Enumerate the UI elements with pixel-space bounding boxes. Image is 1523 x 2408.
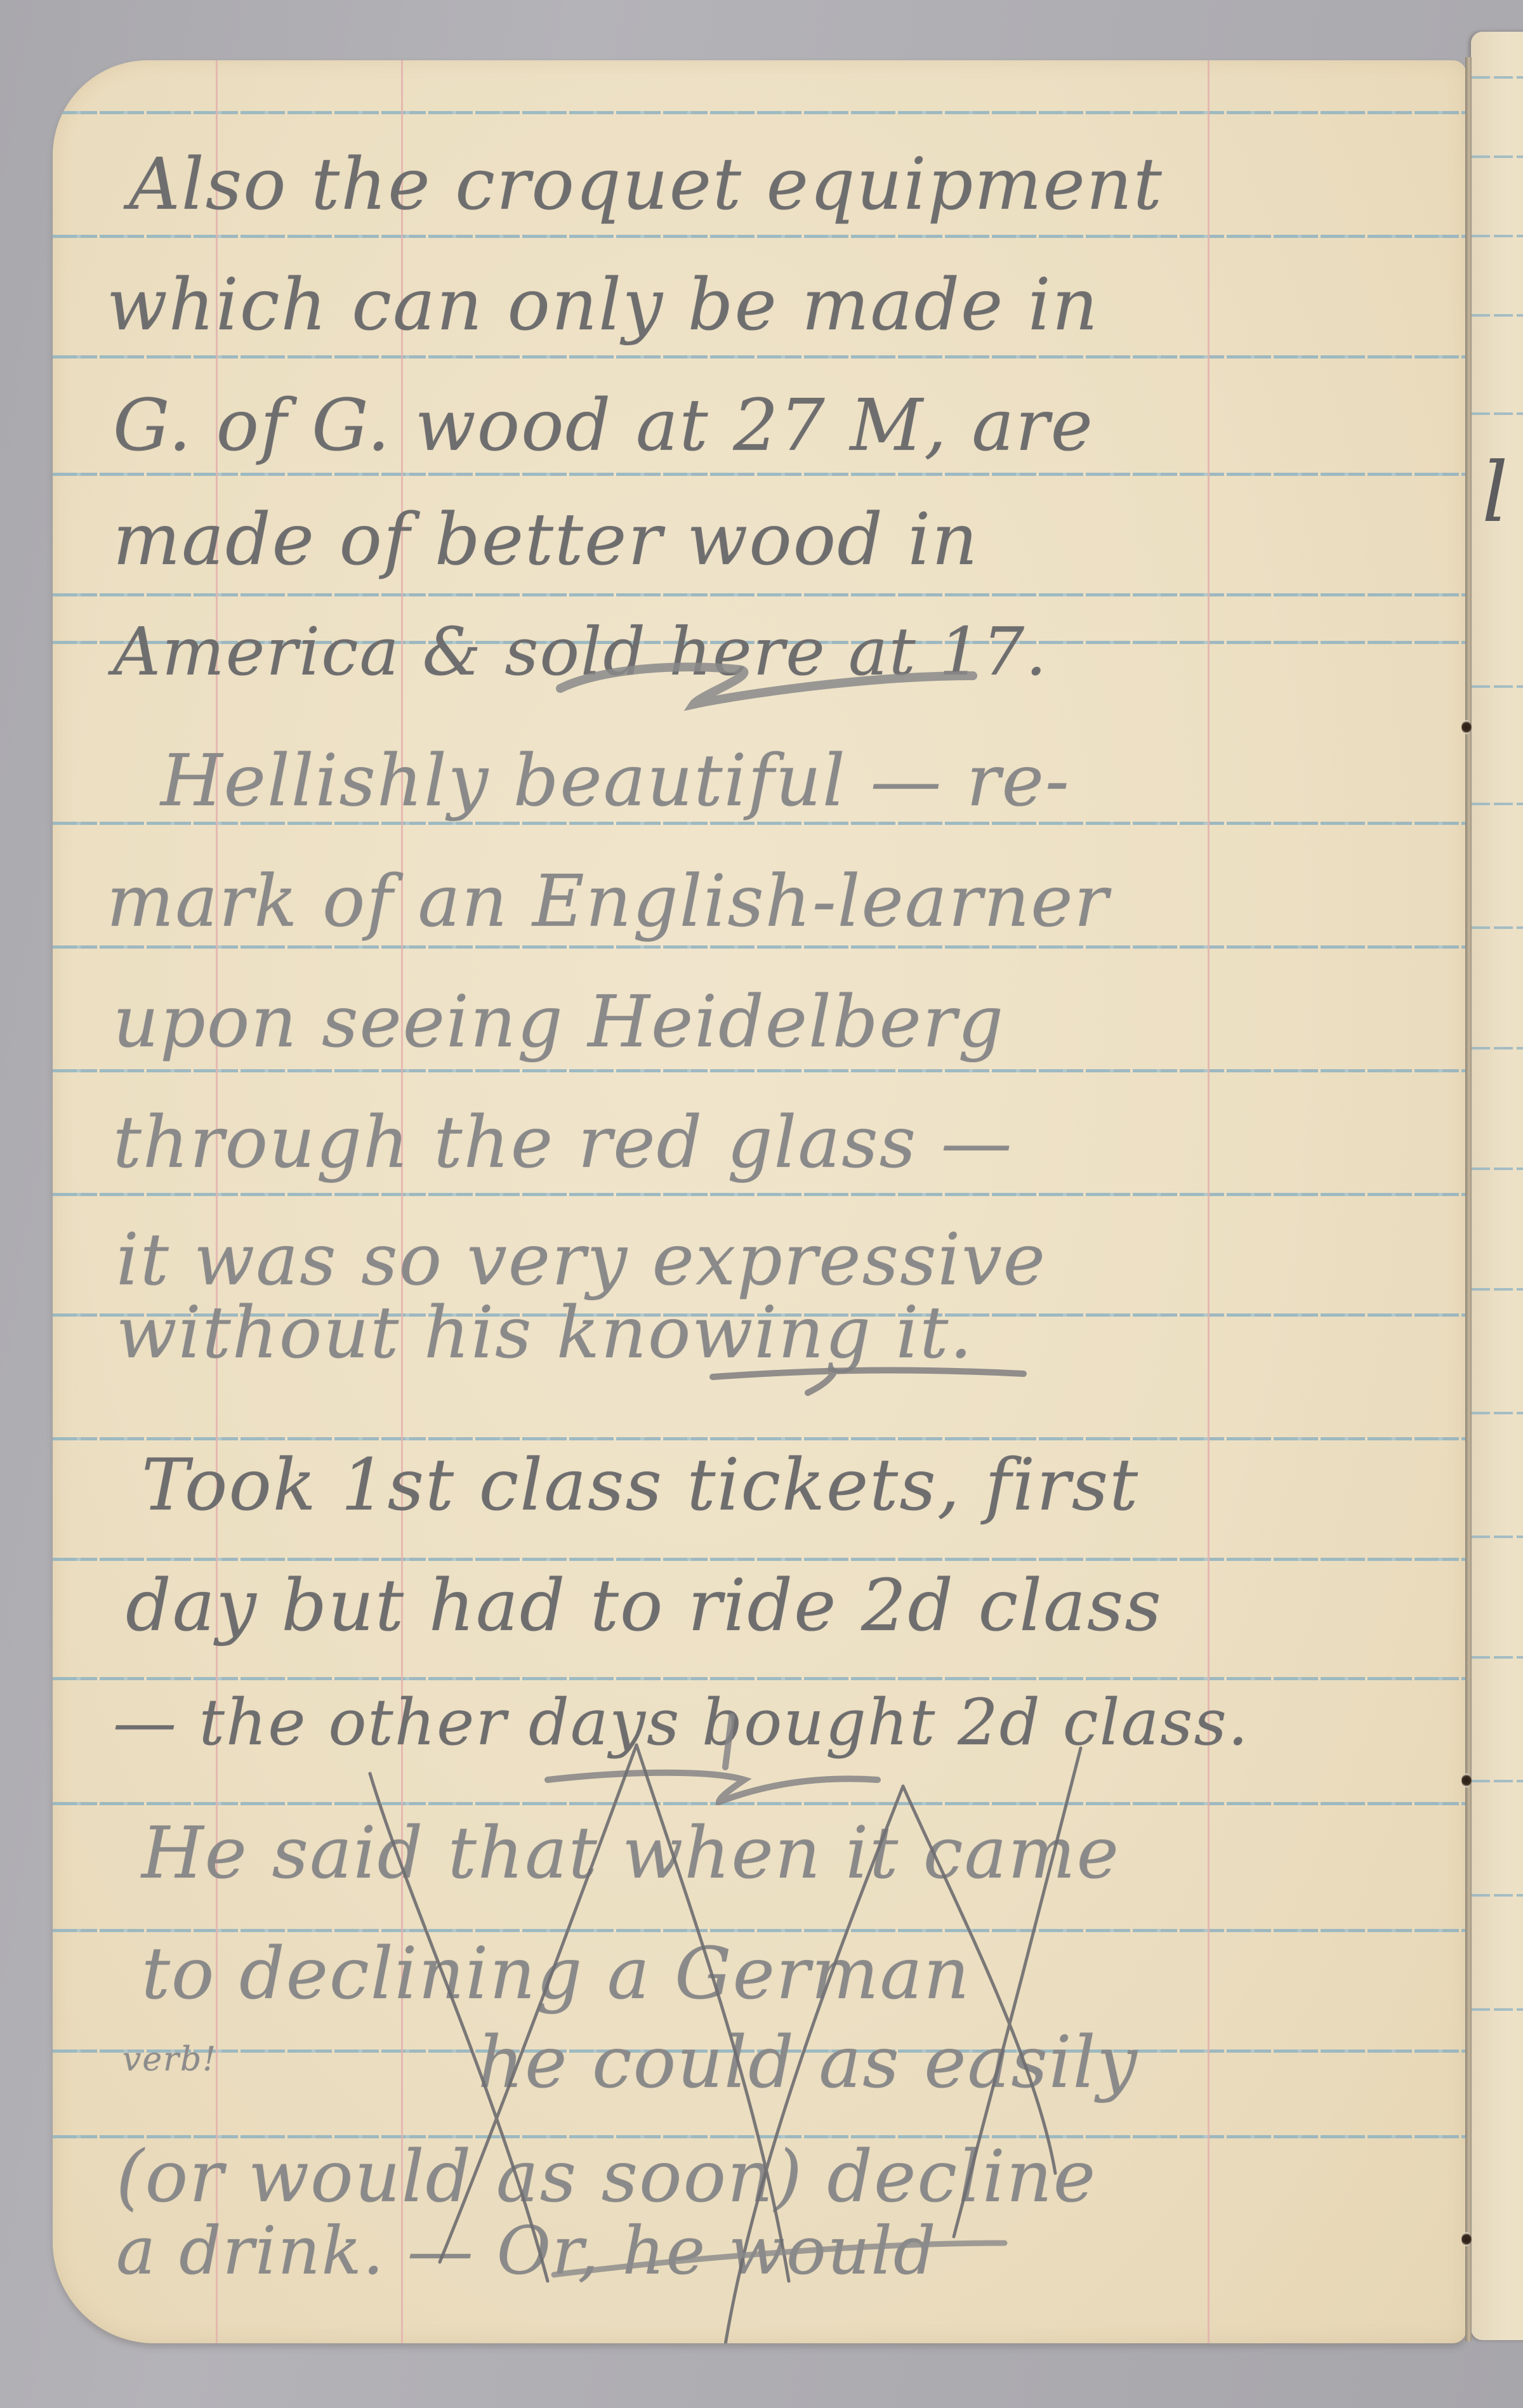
binding-staple-hole <box>1461 1773 1472 1787</box>
binding-gutter <box>1465 57 1472 2341</box>
next-page-handwriting-fragment: l <box>1482 444 1508 541</box>
cross-out-marks <box>53 60 1467 2343</box>
notebook-page: Also the croquet equipment which can onl… <box>53 60 1467 2343</box>
binding-staple-hole <box>1461 2232 1472 2246</box>
next-page-edge <box>1471 32 1523 2340</box>
binding-staple-hole <box>1461 720 1472 734</box>
